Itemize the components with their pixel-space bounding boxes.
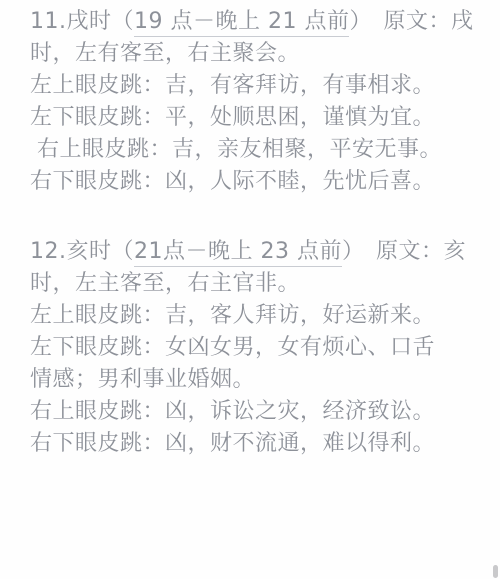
text-line: 右下眼皮跳：凶，人际不睦，先忧后喜。 xyxy=(30,166,476,198)
text-line: 右上眼皮跳：凶，诉讼之灾，经济致讼。 xyxy=(30,396,476,428)
text-line: 左上眼皮跳：吉，有客拜访，有事相求。 xyxy=(30,70,476,102)
section-xushi: 11.戌时（19 点－晚上 21 点前） 原文：戌 时，左有客至，右主聚会。 左… xyxy=(30,6,476,198)
heading-prefix: 11.戌时（ xyxy=(30,9,134,34)
heading-suffix: ） 原文：戌 xyxy=(349,9,473,34)
section-heading: 12.亥时（21点－晚上 23 点前） 原文：亥 xyxy=(30,236,476,268)
text-line: 左下眼皮跳：女凶女男，女有烦心、口舌 xyxy=(30,332,476,364)
section-heading: 11.戌时（19 点－晚上 21 点前） 原文：戌 xyxy=(30,6,476,38)
text-line: 左上眼皮跳：吉，客人拜访，好运新来。 xyxy=(30,300,476,332)
section-haishi: 12.亥时（21点－晚上 23 点前） 原文：亥 时，左主客至，右主官非。 左上… xyxy=(30,236,476,460)
time-range-link[interactable]: 19 点－晚上 21 点前 xyxy=(134,9,349,37)
time-range-link[interactable]: 21点－晚上 23 点前 xyxy=(134,239,342,267)
scrollbar-thumb[interactable] xyxy=(493,565,498,578)
text-line: 时，左有客至，右主聚会。 xyxy=(30,38,476,70)
article-body: 11.戌时（19 点－晚上 21 点前） 原文：戌 时，左有客至，右主聚会。 左… xyxy=(0,0,500,460)
text-line: 右下眼皮跳：凶，财不流通，难以得利。 xyxy=(30,428,476,460)
heading-suffix: ） 原文：亥 xyxy=(342,239,466,264)
heading-prefix: 12.亥时（ xyxy=(30,239,134,264)
text-line: 情感；男利事业婚姻。 xyxy=(30,364,476,396)
text-line: 右上眼皮跳：吉，亲友相聚，平安无事。 xyxy=(30,134,476,166)
text-line: 时，左主客至，右主官非。 xyxy=(30,268,476,300)
text-line: 左下眼皮跳：平，处顺思困，谨慎为宜。 xyxy=(30,102,476,134)
